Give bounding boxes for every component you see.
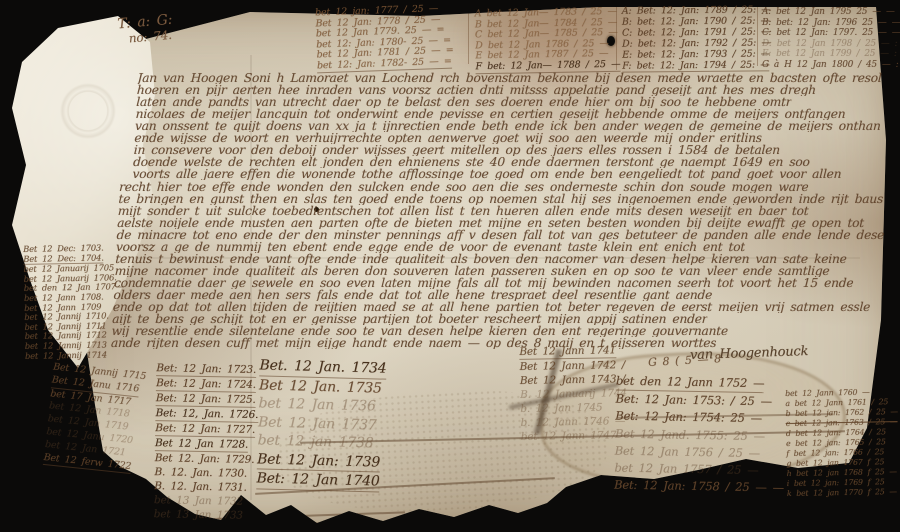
body-line: tenuis t bewinust ende vant ofte ende in… (115, 253, 847, 265)
body-line: recht hier toe effe ende wonden den sulc… (119, 181, 809, 193)
payments-column-1752-1758: bet den 12 Jann 1752 —Bet: 12 Jan: 1753:… (614, 373, 786, 497)
payment-entry: C: bet 12 Jan: 1797. 25 — — (762, 28, 900, 39)
body-line: aijt te bens ge schijt tot en er genisse… (112, 313, 708, 325)
payment-entry: bet 13 Jan 1733 (154, 507, 243, 523)
body-line: olders daer mede aen hen sers fals ende … (113, 289, 712, 301)
payment-entry: Bet: 12 Jan 1740 (256, 469, 379, 492)
payment-entry: Bet 12 Jann 1741 (519, 343, 616, 360)
body-line: mijne nacomer inde qualiteit als beren d… (114, 265, 829, 277)
embossed-seal (55, 78, 121, 144)
payment-entry: k bet 12 jan 1770 f 25 — (787, 487, 897, 499)
body-line: mijt sonder t uit sulcke toebedientschen… (118, 205, 809, 217)
body-line: in consevere voor den deboij onder wijss… (133, 144, 780, 156)
body-line: te bringen en gunst then en slas ten goe… (118, 193, 883, 205)
top-ledger-column-1783-1788: A bet 12 Jan— 1783 / 25 —B bet 12 Jan— 1… (474, 7, 620, 74)
payment-entry: Bet: 12 Jan: 1723. (156, 361, 256, 378)
charter-body-text-upper: Jan van Hoogen Soni h Lamoraet van Loche… (132, 72, 883, 180)
payment-entry: Bet: 12 Jan: 1758 / 25 — — (614, 477, 784, 497)
body-line: laten ande pandts van utrecht daer op te… (136, 96, 792, 108)
top-ledger-column-1789-1794: A: Bet: 12: Jan: 1789 / 25: —B: bet: 12:… (622, 5, 771, 73)
payment-entry: G à H 12 Jan 1800 / 45 — : (762, 60, 898, 71)
payment-entry: E: bet 12 Jan 1799 / 25 — : (762, 49, 897, 60)
payment-entry: bet 12 jan 1738 (257, 431, 373, 453)
body-line: de minacre tot eno ende der den minster … (116, 229, 885, 241)
payment-entry: b. 12 Jan 1745 (520, 400, 602, 415)
body-line: wij resentlie ende silentelane ende soo … (111, 325, 728, 337)
payment-entry: Bet 12 Jan 1728. (155, 436, 248, 453)
charter-body-text-lower: recht hier toe effe ende wonden den sulc… (111, 181, 888, 349)
payment-entry: bet 12 Jan 1757 / 25 — (614, 460, 758, 480)
payment-entry: D: bet 12 Jan 1798 / 25 — : (762, 39, 897, 50)
payment-entry: bet 13 Jan 1732 (154, 493, 243, 509)
payment-entry: Bet: 12 Jan: 1725. (156, 391, 256, 408)
archival-mark: T: a: G: no: 74. (117, 12, 174, 47)
body-line: hoeren en pijr aerten hee inraden vans v… (137, 84, 817, 96)
payment-entry: B. 12 Januarij 1744 (520, 386, 627, 402)
payment-entry: B: bet: 12 Jan: 1796 25 — — (762, 18, 900, 29)
margin-payments-1703-1714: Bet 12 Dec: 1703.Bet 12 Dec: 1704.bet 12… (23, 243, 125, 361)
body-line: voorts alle jaere effen die wonende toth… (132, 168, 841, 180)
payment-entry: A: bet 12 Jan 1795 25 — — (762, 7, 895, 18)
body-line: nicolaes de meijer lancquin tot onderwin… (135, 108, 845, 120)
top-ledger-column-1795-1800: A: bet 12 Jan 1795 25 — —B: bet: 12 Jan:… (762, 7, 900, 71)
top-ledger-column-1777-1782: bet 12 jan: 1777 / 25 —Bet 12 Jan: 1778 … (315, 4, 454, 73)
payments-column-1723-1733: Bet: 12 Jan: 1723.Bet: 12 Jan: 1724.Bet:… (154, 361, 260, 523)
ledger-divider (468, 6, 469, 64)
body-line: voorsz a ge de nummij ten ebent ende egg… (116, 241, 746, 253)
body-line: aelste noijele ende musten aen parten of… (117, 217, 864, 229)
payments-column-1741-1747: Bet 12 Jann 1741Bet 12 Jann 1742 /Bet 12… (519, 343, 627, 444)
margin-payments-1715-1722: Bet 12 Jannij 1715Bet 12 Janu 1716bet 17… (43, 361, 147, 475)
payments-column-1734-1740: Bet. 12 Jan. 1734Bet 12 Jan. 1735bet 12 … (256, 356, 386, 492)
body-line: van onssent te quijt doens van xx ja t i… (135, 120, 881, 132)
payment-entry: bet 12 Jann 1747 (521, 428, 617, 444)
payments-column-1760-1770: bet 12 Jann 1760 —a bet 12 Jann 1761 / 2… (785, 387, 899, 499)
payment-entry: Bet: 12 Jan: 1724. (156, 376, 256, 393)
body-line: Jan van Hoogen Soni h Lamoraet van Loche… (137, 72, 883, 84)
body-line: condemnatie daer ge sewele en soo even l… (114, 277, 854, 289)
payment-entry: Bet: 12 Jan: 1727. (155, 421, 255, 438)
payment-entry: Bet: 12, Jan. 1726. (155, 406, 258, 423)
body-line: ende wijsse de woort en verhuijrrechte o… (134, 132, 762, 144)
body-line: doende welste de rechten elt jonden den … (133, 156, 810, 168)
payment-entry: bet 12 Jannij 1714 (25, 350, 107, 361)
body-line: ende op dat tot allen tijden de reijtien… (112, 301, 870, 313)
manuscript-photo: T: a: G: no: 74. bet 12 jan: 1777 / 25 —… (0, 0, 900, 532)
